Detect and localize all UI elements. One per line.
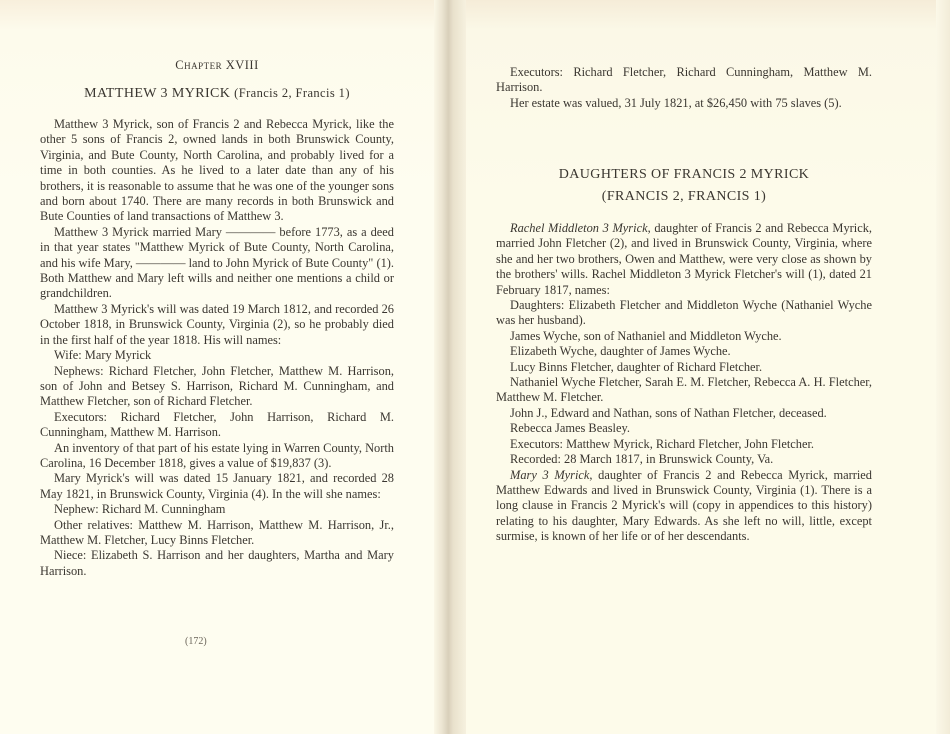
section-title-main: DAUGHTERS OF FRANCIS 2 MYRICK — [496, 164, 872, 186]
paragraph: Nephew: Richard M. Cunningham — [40, 502, 394, 517]
will-item: James Wyche, son of Nathaniel and Middle… — [496, 329, 872, 344]
paragraph: Niece: Elizabeth S. Harrison and her dau… — [40, 548, 394, 579]
rachel-paragraph: Rachel Middleton 3 Myrick, daughter of F… — [496, 221, 872, 298]
paragraph: An inventory of that part of his estate … — [40, 441, 394, 472]
mary-name: Mary 3 Myrick — [510, 468, 589, 482]
section-title: DAUGHTERS OF FRANCIS 2 MYRICK (FRANCIS 2… — [496, 164, 872, 208]
paragraph: Nephews: Richard Fletcher, John Fletcher… — [40, 364, 394, 410]
paragraph: Matthew 3 Myrick married Mary ———— befor… — [40, 225, 394, 302]
will-item: John J., Edward and Nathan, sons of Nath… — [496, 406, 872, 421]
will-item: Nathaniel Wyche Fletcher, Sarah E. M. Fl… — [496, 375, 872, 406]
chapter-label: Chapter XVIII — [40, 58, 394, 73]
paragraph: Matthew 3 Myrick's will was dated 19 Mar… — [40, 302, 394, 348]
will-item: Lucy Binns Fletcher, daughter of Richard… — [496, 360, 872, 375]
section-title-subtitle: (FRANCIS 2, FRANCIS 1) — [496, 186, 872, 208]
left-page-body: Matthew 3 Myrick, son of Francis 2 and R… — [40, 117, 394, 579]
will-item: Daughters: Elizabeth Fletcher and Middle… — [496, 298, 872, 329]
right-page-body: Rachel Middleton 3 Myrick, daughter of F… — [496, 221, 872, 545]
paragraph: Her estate was valued, 31 July 1821, at … — [496, 96, 872, 111]
book-spread: Chapter XVIII MATTHEW 3 MYRICK (Francis … — [0, 0, 950, 734]
chapter-title-subtitle: (Francis 2, Francis 1) — [234, 86, 350, 100]
will-item: Elizabeth Wyche, daughter of James Wyche… — [496, 344, 872, 359]
paragraph: Executors: Richard Fletcher, Richard Cun… — [496, 65, 872, 96]
right-page-top-body: Executors: Richard Fletcher, Richard Cun… — [496, 65, 872, 111]
will-item: Executors: Matthew Myrick, Richard Fletc… — [496, 437, 872, 452]
paragraph: Wife: Mary Myrick — [40, 348, 394, 363]
paragraph: Matthew 3 Myrick, son of Francis 2 and R… — [40, 117, 394, 225]
left-page: Chapter XVIII MATTHEW 3 MYRICK (Francis … — [0, 0, 440, 734]
book-gutter — [434, 0, 466, 734]
chapter-title: MATTHEW 3 MYRICK (Francis 2, Francis 1) — [40, 86, 394, 102]
mary-paragraph: Mary 3 Myrick, daughter of Francis 2 and… — [496, 468, 872, 545]
paragraph: Other relatives: Matthew M. Harrison, Ma… — [40, 518, 394, 549]
will-item: Rebecca James Beasley. — [496, 421, 872, 436]
paragraph: Mary Myrick's will was dated 15 January … — [40, 471, 394, 502]
page-number-left: (172) — [185, 636, 207, 647]
paragraph: Executors: Richard Fletcher, John Harris… — [40, 410, 394, 441]
will-item: Recorded: 28 March 1817, in Brunswick Co… — [496, 452, 872, 467]
chapter-title-main: MATTHEW 3 MYRICK — [84, 86, 230, 101]
rachel-name: Rachel Middleton 3 Myrick — [510, 221, 648, 235]
